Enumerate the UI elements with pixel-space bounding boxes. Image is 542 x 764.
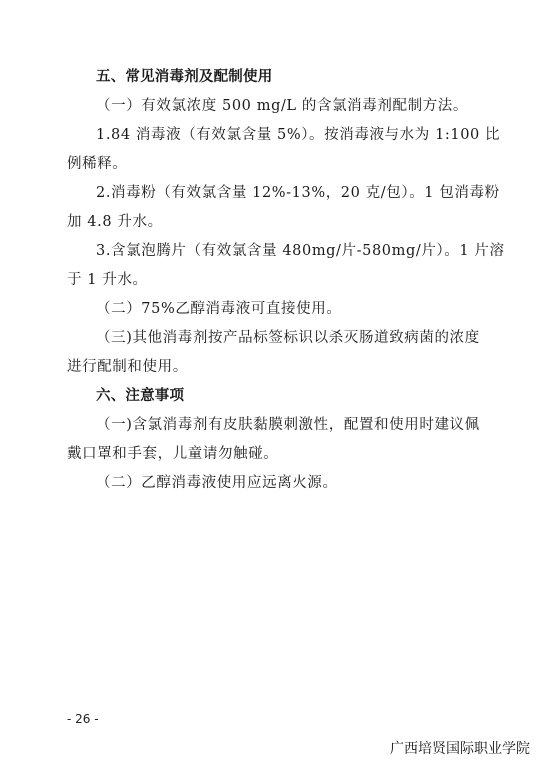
item-2-line-1: 2.消毒粉（有效氯含量 12%-13%，20 克/包）。1 包消毒粉 (96, 183, 468, 203)
subsection-3-line-1: （三)其他消毒剂按产品标签标识以杀灭肠道致病菌的浓度 (96, 328, 468, 348)
subsection-2: （二）75%乙醇消毒液可直接使用。 (96, 299, 468, 319)
notice-1-line-1: （一)含氯消毒剂有皮肤黏膜刺激性，配置和使用时建议佩 (96, 415, 468, 435)
section-heading-6: 六、注意事项 (96, 386, 468, 406)
page-number: - 26 - (67, 712, 99, 726)
notice-1-line-2: 戴口罩和手套，儿童请勿触碰。 (67, 444, 469, 464)
institution-watermark: 广西培贤国际职业学院 (390, 738, 530, 758)
notice-2: （二）乙醇消毒液使用应远离火源。 (96, 473, 468, 493)
section-heading-5: 五、常见消毒剂及配制使用 (96, 67, 468, 87)
item-2-line-2: 加 4.8 升水。 (67, 212, 469, 232)
subsection-3-line-2: 进行配制和使用。 (67, 357, 469, 377)
item-3-line-1: 3.含氯泡腾片（有效氯含量 480mg/片-580mg/片）。1 片溶 (96, 241, 468, 261)
item-3-line-2: 于 1 升水。 (67, 270, 469, 290)
document-page: 五、常见消毒剂及配制使用 （一）有效氯浓度 500 mg/L 的含氯消毒剂配制方… (0, 0, 542, 764)
item-1-line-1: 1.84 消毒液（有效氯含量 5%）。按消毒液与水为 1:100 比 (96, 125, 468, 145)
item-1-line-2: 例稀释。 (67, 154, 469, 174)
subsection-1-title: （一）有效氯浓度 500 mg/L 的含氯消毒剂配制方法。 (96, 96, 468, 116)
